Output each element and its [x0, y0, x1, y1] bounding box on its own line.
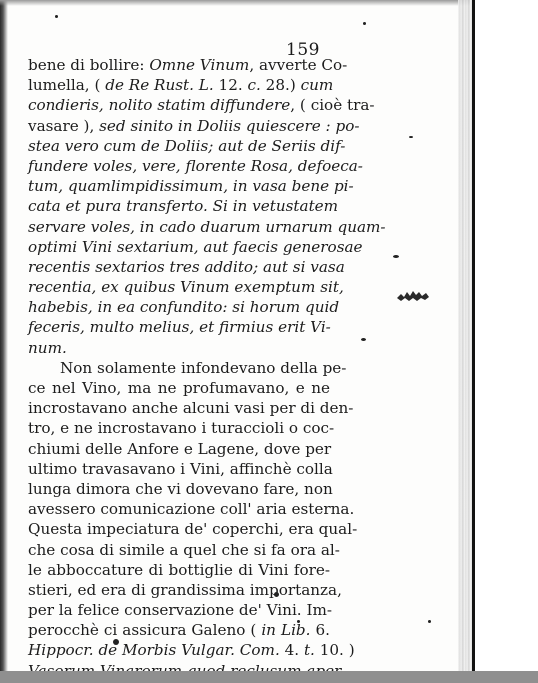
ink-speck — [274, 592, 279, 597]
text-line: stea vero cum de Doliis; aut de Seriis d… — [28, 136, 330, 156]
text-segment: bene di bollire: — [28, 56, 149, 74]
text-line: lumella, ( de Re Rust. L. 12. c. 28.) cu… — [28, 75, 330, 95]
ink-blot-ornament-icon — [395, 286, 431, 306]
italic-text-segment: c. — [248, 76, 261, 94]
text-segment: vasare ), — [28, 117, 99, 135]
text-segment: perocchè ci assicura Galeno ( — [28, 621, 261, 639]
ink-speck — [55, 15, 58, 18]
text-line: servare voles, in cado duarum urnarum qu… — [28, 217, 330, 237]
text-line: incrostavano anche alcuni vasi per di de… — [28, 398, 330, 418]
text-segment: incrostavano anche alcuni vasi per di de… — [28, 399, 353, 417]
text-line: fundere voles, vere, florente Rosa, defo… — [28, 156, 330, 176]
text-line: chiumi delle Anfore e Lagene, dove per — [28, 439, 330, 459]
text-line: ultimo travasavano i Vini, affinchè coll… — [28, 459, 330, 479]
text-segment: Non solamente infondevano della pe- — [60, 359, 346, 377]
text-line: num. — [28, 338, 330, 358]
italic-text-segment: stea vero cum de Doliis; aut de Seriis d… — [28, 137, 345, 155]
ink-speck — [361, 338, 366, 341]
scanner-bottom-strip — [0, 671, 538, 683]
text-segment: che cosa di simile a quel che si fa ora … — [28, 541, 340, 559]
italic-text-segment: sed sinito in Doliis quiescere : po- — [99, 117, 359, 135]
ink-speck — [113, 639, 119, 645]
italic-text-segment: cum — [301, 76, 334, 94]
text-segment: per la felice conservazione de' Vini. Im… — [28, 601, 332, 619]
facing-page-blank — [475, 0, 538, 671]
italic-text-segment: habebis, in ea confundito: si horum quid — [28, 298, 339, 316]
italic-text-segment: in Lib. — [261, 621, 310, 639]
text-segment: 12. — [214, 76, 248, 94]
italic-text-segment: tum, quamlimpidissimum, in vasa bene pi- — [28, 177, 354, 195]
text-line: recentia, ex quibus Vinum exemptum sit, — [28, 277, 330, 297]
text-line: che cosa di simile a quel che si fa ora … — [28, 540, 330, 560]
text-segment: 28.) — [261, 76, 301, 94]
italic-text-segment: cata et pura transferto. Si in vetustate… — [28, 197, 338, 215]
page-left-edge-shadow — [0, 0, 8, 671]
text-line: feceris, multo melius, et firmius erit V… — [28, 317, 330, 337]
text-segment: , ( cioè tra- — [290, 96, 374, 114]
text-segment: , avverte Co- — [249, 56, 347, 74]
italic-text-segment: Omne Vinum — [149, 56, 249, 74]
text-line: Hippocr. de Morbis Vulgar. Com. 4. t. 10… — [28, 640, 330, 660]
italic-text-segment: num. — [28, 339, 67, 357]
ink-speck — [363, 22, 366, 25]
text-segment: ce nel Vino, ma ne profumavano, e ne — [28, 379, 330, 397]
italic-text-segment: servare voles, in cado duarum urnarum qu… — [28, 218, 386, 236]
ink-speck — [428, 620, 431, 623]
text-segment: 10. ) — [315, 641, 355, 659]
text-line: condieris, nolito statim diffundere, ( c… — [28, 95, 330, 115]
ink-speck — [297, 620, 300, 623]
page-top-shadow — [0, 0, 470, 6]
italic-text-segment: condieris, nolito statim diffundere — [28, 96, 290, 114]
text-segment: 4. — [280, 641, 304, 659]
italic-text-segment: recentis sextarios tres addito; aut si v… — [28, 258, 345, 276]
italic-text-segment: recentia, ex quibus Vinum exemptum sit, — [28, 278, 344, 296]
italic-text-segment: Hippocr. de Morbis Vulgar. Com. — [28, 641, 280, 659]
italic-text-segment: optimi Vini sextarium, aut faecis genero… — [28, 238, 363, 256]
text-line: stieri, ed era di grandissima importanza… — [28, 580, 330, 600]
italic-text-segment: de Re Rust. L. — [105, 76, 213, 94]
text-segment: avessero comunicazione coll' aria estern… — [28, 500, 354, 518]
text-line: tro, e ne incrostavano i turaccioli o co… — [28, 418, 330, 438]
text-line: cata et pura transferto. Si in vetustate… — [28, 196, 330, 216]
body-text: bene di bollire: Omne Vinum, avverte Co-… — [28, 55, 330, 681]
italic-text-segment: fundere voles, vere, florente Rosa, defo… — [28, 157, 363, 175]
text-line: habebis, in ea confundito: si horum quid — [28, 297, 330, 317]
text-segment: Questa impeciatura de' coperchi, era qua… — [28, 520, 357, 538]
text-segment: le abboccature di bottiglie di Vini fore… — [28, 561, 330, 579]
ink-speck — [409, 136, 413, 138]
text-line: Questa impeciatura de' coperchi, era qua… — [28, 519, 330, 539]
text-line: perocchè ci assicura Galeno ( in Lib. 6. — [28, 620, 330, 640]
text-line: Non solamente infondevano della pe- — [28, 358, 330, 378]
text-segment: stieri, ed era di grandissima importanza… — [28, 581, 342, 599]
text-line: vasare ), sed sinito in Doliis quiescere… — [28, 116, 330, 136]
italic-text-segment: t. — [304, 641, 315, 659]
italic-text-segment: feceris, multo melius, et firmius erit V… — [28, 318, 331, 336]
text-line: optimi Vini sextarium, aut faecis genero… — [28, 237, 330, 257]
text-line: recentis sextarios tres addito; aut si v… — [28, 257, 330, 277]
text-segment: chiumi delle Anfore e Lagene, dove per — [28, 440, 331, 458]
text-line: bene di bollire: Omne Vinum, avverte Co- — [28, 55, 330, 75]
text-segment: ultimo travasavano i Vini, affinchè coll… — [28, 460, 333, 478]
text-segment: lumella, ( — [28, 76, 105, 94]
text-line: le abboccature di bottiglie di Vini fore… — [28, 560, 330, 580]
text-segment: 6. — [310, 621, 330, 639]
text-line: avessero comunicazione coll' aria estern… — [28, 499, 330, 519]
text-segment: lunga dimora che vi dovevano fare, non — [28, 480, 333, 498]
text-line: per la felice conservazione de' Vini. Im… — [28, 600, 330, 620]
text-line: ce nel Vino, ma ne profumavano, e ne — [28, 378, 330, 398]
text-line: tum, quamlimpidissimum, in vasa bene pi- — [28, 176, 330, 196]
book-page: 159 bene di bollire: Omne Vinum, avverte… — [0, 0, 538, 671]
ink-speck — [393, 255, 399, 258]
text-line: lunga dimora che vi dovevano fare, non — [28, 479, 330, 499]
text-segment: tro, e ne incrostavano i turaccioli o co… — [28, 419, 334, 437]
